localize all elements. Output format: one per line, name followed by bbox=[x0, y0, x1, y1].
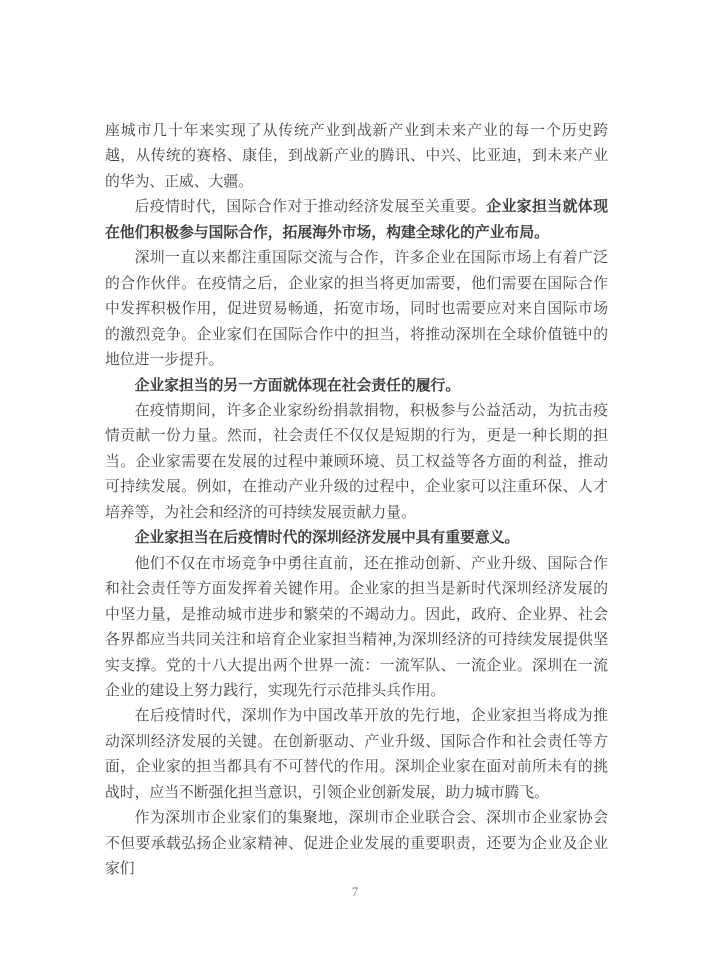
text-run: 作为深圳市企业家们的集聚地，深圳市企业联合会、深圳市企业家协会不但要承载弘扬企业… bbox=[105, 810, 608, 877]
text-run: 他们不仅在市场竞争中勇往直前，还在推动创新、产业升级、国际合作和社会责任等方面发… bbox=[105, 556, 608, 699]
paragraph: 作为深圳市企业家们的集聚地，深圳市企业联合会、深圳市企业家协会不但要承载弘扬企业… bbox=[105, 806, 608, 882]
paragraph: 后疫情时代，国际合作对于推动经济发展至关重要。企业家担当就体现在他们积极参与国际… bbox=[105, 195, 608, 246]
paragraph: 他们不仅在市场竞争中勇往直前，还在推动创新、产业升级、国际合作和社会责任等方面发… bbox=[105, 552, 608, 705]
page-footer: 7 bbox=[0, 883, 710, 901]
page-number: 7 bbox=[352, 885, 358, 899]
paragraph: 在疫情期间，许多企业家纷纷捐款捐物，积极参与公益活动，为抗击疫情贡献一份力量。然… bbox=[105, 399, 608, 526]
text-run: 深圳一直以来都注重国际交流与合作，许多企业在国际市场上有着广泛的合作伙伴。在疫情… bbox=[105, 250, 608, 368]
bold-text-run: 企业家担当的另一方面就体现在社会责任的履行。 bbox=[135, 378, 461, 394]
paragraph: 企业家担当在后疫情时代的深圳经济发展中具有重要意义。 bbox=[105, 526, 608, 551]
paragraph: 座城市几十年来实现了从传统产业到战新产业到未来产业的每一个历史跨越，从传统的赛格… bbox=[105, 119, 608, 195]
paragraph: 在后疫情时代，深圳作为中国改革开放的先行地，企业家担当将成为推动深圳经济发展的关… bbox=[105, 704, 608, 806]
paragraph: 企业家担当的另一方面就体现在社会责任的履行。 bbox=[105, 374, 608, 399]
paragraph: 深圳一直以来都注重国际交流与合作，许多企业在国际市场上有着广泛的合作伙伴。在疫情… bbox=[105, 246, 608, 373]
text-run: 后疫情时代，国际合作对于推动经济发展至关重要。 bbox=[135, 199, 487, 215]
document-body: 座城市几十年来实现了从传统产业到战新产业到未来产业的每一个历史跨越，从传统的赛格… bbox=[105, 119, 608, 883]
bold-text-run: 企业家担当在后疫情时代的深圳经济发展中具有重要意义。 bbox=[135, 530, 520, 546]
text-run: 在后疫情时代，深圳作为中国改革开放的先行地，企业家担当将成为推动深圳经济发展的关… bbox=[105, 708, 608, 800]
document-page: 座城市几十年来实现了从传统产业到战新产业到未来产业的每一个历史跨越，从传统的赛格… bbox=[0, 0, 710, 956]
text-run: 在疫情期间，许多企业家纷纷捐款捐物，积极参与公益活动，为抗击疫情贡献一份力量。然… bbox=[105, 403, 608, 521]
text-run: 座城市几十年来实现了从传统产业到战新产业到未来产业的每一个历史跨越，从传统的赛格… bbox=[105, 123, 608, 190]
